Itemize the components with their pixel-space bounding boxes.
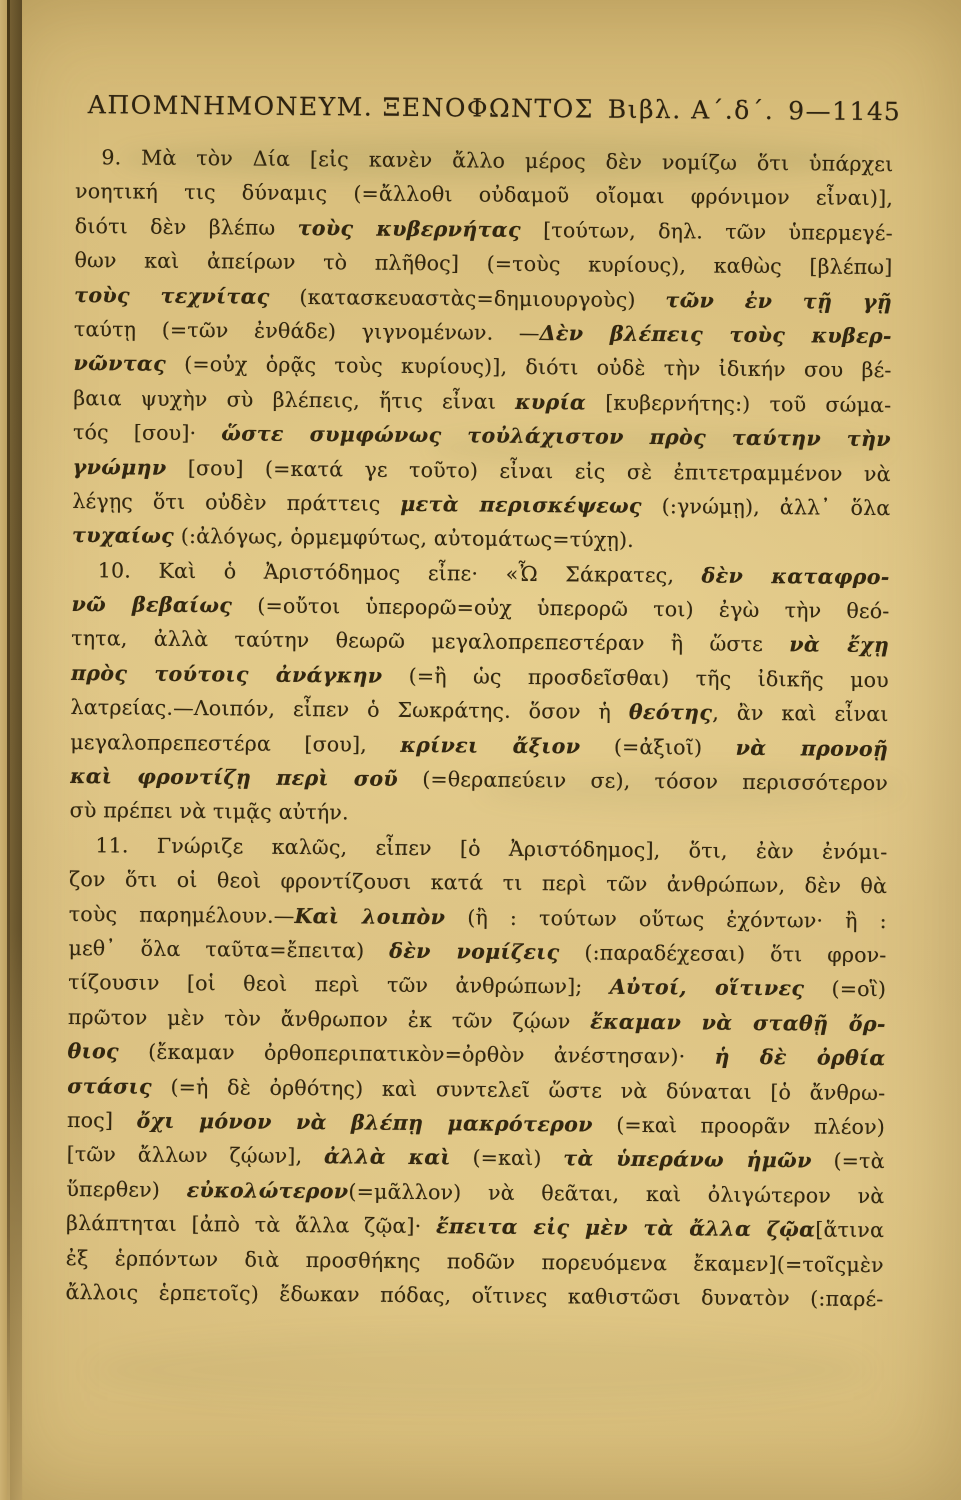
body-text: τητα, ἀλλὰ ταύτην θεωρῶ μεγαλοπρεπεστέρα…	[71, 626, 789, 656]
body-text: νοητική τις δύναμις (=ἄλλοθι οὐδαμοῦ οἴο…	[75, 179, 893, 210]
emphasized-text: γνώμην	[73, 455, 167, 480]
body-text: (:γνώμῃ), ἀλλ᾽ ὅλα	[642, 494, 891, 520]
emphasized-text: ὥστε συμφώνως τοὐλάχιστον πρὸς ταύτην τὴ…	[221, 421, 891, 451]
emphasized-text: καὶ φροντίζῃ περὶ σοῦ	[70, 764, 398, 791]
body-text: ζον ὅτι οἱ θεοὶ φροντίζουσι κατά τι περὶ…	[69, 867, 887, 898]
page-content: ΑΠΟΜΝΗΜΟΝΕΥΜ. ΞΕΝΟΦΩΝΤΟΣΒιβλ. Α΄.δ΄.9—11…	[65, 90, 896, 1316]
emphasized-text: τοὺς τεχνίτας	[74, 283, 270, 309]
emphasized-text: στάσις	[67, 1074, 152, 1099]
emphasized-text: τυχαίως	[72, 523, 174, 548]
body-text: [τῶν ἄλλων ζῴων],	[67, 1142, 325, 1168]
paragraph-10: 10. Καὶ ὁ Ἀριστόδημος εἶπε· «Ὦ Σάκρατες,…	[70, 553, 890, 835]
body-text: (=οὐχ ὁρᾷς τοὺς κυρίους)], διότι οὐδὲ τὴ…	[166, 352, 892, 382]
body-text: ὕπερθεν)	[66, 1177, 186, 1202]
body-text: τός [σου]·	[73, 420, 222, 445]
emphasized-text: ἀλλὰ καὶ	[324, 1145, 451, 1170]
header-title: ΑΠΟΜΝΗΜΟΝΕΥΜ. ΞΕΝΟΦΩΝΤΟΣ	[88, 90, 594, 123]
emphasized-text: κυρία	[515, 390, 586, 415]
header-book: Βιβλ. Α΄.δ΄.	[608, 95, 775, 125]
body-text: ταύτῃ (=τῶν ἐνθάδε) γιγνομένων. —	[74, 317, 540, 345]
page-number: 45	[867, 97, 901, 126]
body-text: θων καὶ ἀπείρων τὸ πλῆθος] (=τοὺς κυρίου…	[74, 248, 892, 279]
text-line: ἄλλοις ἑρπετοῖς) ἔδωκαν πόδας, οἵτινες κ…	[65, 1275, 883, 1317]
emphasized-text: Καὶ λοιπὸν	[294, 904, 445, 929]
body-text: (=καὶ προορᾶν πλέον)	[593, 1112, 885, 1139]
body-text: τοὺς παρημέλουν.—	[69, 902, 295, 928]
emphasized-text: τῶν ἐν τῇ γῇ	[665, 288, 892, 314]
header-section-range: 9—11	[788, 96, 867, 126]
emphasized-text: εὐκολώτερον	[187, 1178, 349, 1203]
text-block: 9. Μὰ τὸν Δία [εἰς κανὲν ἄλλο μέρος δὲν …	[65, 140, 893, 1316]
running-header: ΑΠΟΜΝΗΜΟΝΕΥΜ. ΞΕΝΟΦΩΝΤΟΣΒιβλ. Α΄.δ΄.9—11…	[76, 90, 888, 126]
emphasized-text: ἡ δὲ ὀρθία	[714, 1045, 885, 1070]
paragraph-11: 11. Γνώριζε καλῶς, εἶπεν [ὁ Ἀριστόδημος]…	[65, 828, 887, 1317]
body-text: (=μᾶλλον) νὰ θεᾶται, καὶ ὀλιγώτερον νὰ	[348, 1179, 884, 1208]
body-text: 9. Μὰ τὸν Δία [εἰς κανὲν ἄλλο μέρος δὲν …	[101, 145, 893, 176]
body-text: 11. Γνώριζε καλῶς, εἶπεν [ὁ Ἀριστόδημος]…	[95, 833, 887, 864]
emphasized-text: τὰ ὑπεράνω ἡμῶν	[563, 1147, 812, 1173]
emphasized-text: νὰ προνοῇ	[736, 735, 889, 760]
body-text: (=θεραπεύειν σε), τόσον περισσότερον	[398, 767, 888, 795]
body-text: (=οἳ)	[804, 977, 886, 1002]
body-text: τίζουσιν [οἱ θεοὶ περὶ τῶν ἀνθρώπων];	[68, 970, 610, 999]
body-text: [τούτων, δηλ. τῶν ὑπερμεγέ-	[521, 218, 893, 245]
emphasized-text: νὰ ἔχῃ	[789, 633, 889, 658]
emphasized-text: θιος	[68, 1039, 120, 1063]
emphasized-text: ἔπειτα εἰς μὲν τὰ ἄλλα ζῷα	[436, 1214, 815, 1241]
emphasized-text: τοὺς κυβερνήτας	[298, 216, 521, 242]
body-text: (=ἡ δὲ ὀρθότης) καὶ συντελεῖ ὥστε νὰ δύν…	[152, 1074, 886, 1104]
body-text: [κυβερνήτης:) τοῦ σώμα-	[586, 390, 891, 417]
emphasized-text: Αὐτοί, οἵτινες	[610, 975, 805, 1001]
emphasized-text: θεότης	[629, 700, 713, 725]
emphasized-text: ὄχι μόνον νὰ βλέπῃ μακρότερον	[136, 1109, 593, 1137]
body-text: (=τὰ	[812, 1149, 885, 1174]
body-text: (:παραδέχεσαι) ὅτι φρον-	[559, 940, 886, 967]
emphasized-text: μετὰ περισκέψεως	[400, 492, 642, 518]
body-text: (ἢ : τούτων οὕτως ἐχόντων· ἢ :	[445, 905, 887, 933]
body-text: σὺ πρέπει νὰ τιμᾷς αὐτήν.	[70, 798, 349, 824]
emphasized-text: δὲν νομίζεις	[389, 939, 560, 964]
body-text: μεθ᾽ ὅλα ταῦτα=ἔπειτα)	[68, 936, 389, 963]
body-text: μεγαλοπρεπεστέρα [σου],	[70, 730, 400, 757]
body-text: ἄλλοις ἑρπετοῖς) ἔδωκαν πόδας, οἵτινες κ…	[65, 1280, 883, 1311]
body-text: (ἔκαμαν ὀρθοπεριπατικὸν=ὀρθὸν ἀνέστησαν)…	[119, 1040, 715, 1069]
emphasized-text: δὲν καταφρο-	[702, 563, 890, 589]
emphasized-text: νῶντας	[74, 351, 167, 376]
body-text: βλάπτηται [ἀπὸ τὰ ἄλλα ζῷα]·	[66, 1211, 436, 1238]
body-text: ἐξ ἑρπόντων διὰ προσθήκης ποδῶν πορευόμε…	[66, 1245, 884, 1276]
emphasized-text: πρὸς τούτοις ἀνάγκην	[71, 661, 383, 688]
body-text: λέγῃς ὅτι οὐδὲν πράττεις	[72, 489, 400, 516]
body-text: (=ἢ ὡς προσδεῖσθαι) τῆς ἰδικῆς μου	[382, 664, 889, 692]
body-text: (=ἀξιοῖ)	[580, 734, 735, 759]
body-text: (=οὔτοι ὑπερορῶ=οὐχ ὑπερορῶ τοι) ἐγὼ τὴν…	[232, 593, 889, 623]
body-text: , ἂν καὶ εἶναι	[712, 701, 889, 727]
body-text: πρῶτον μὲν τὸν ἄνθρωπον ἐκ τῶν ζῴων	[68, 1005, 590, 1034]
body-text: (κατασκευαστὰς=δημιουργοὺς)	[270, 284, 666, 311]
paragraph-9: 9. Μὰ τὸν Δία [εἰς κανὲν ἄλλο μέρος δὲν …	[72, 140, 894, 560]
body-text: 10. Καὶ ὁ Ἀριστόδημος εἶπε· «Ὦ Σάκρατες,	[98, 558, 702, 587]
body-text: [σου] (=κατά γε τοῦτο) εἶναι εἰς σὲ ἐπιτ…	[166, 455, 890, 485]
body-text: [ἅτινα	[815, 1218, 884, 1243]
header-title-group: ΑΠΟΜΝΗΜΟΝΕΥΜ. ΞΕΝΟΦΩΝΤΟΣΒιβλ. Α΄.δ΄.9—11	[88, 90, 867, 126]
body-text: βαια ψυχὴν σὺ βλέπεις, ἥτις εἶναι	[73, 386, 515, 414]
emphasized-text: Δὲν βλέπεις τοὺς κυβερ-	[540, 321, 892, 348]
body-text: λατρείας.—Λοιπόν, εἶπεν ὁ Σωκράτης. ὅσον…	[71, 695, 629, 724]
body-text: (=καὶ)	[451, 1146, 564, 1171]
book-page: ΑΠΟΜΝΗΜΟΝΕΥΜ. ΞΕΝΟΦΩΝΤΟΣΒιβλ. Α΄.δ΄.9—11…	[0, 0, 961, 1500]
emphasized-text: κρίνει ἄξιον	[400, 732, 580, 758]
spine-crease-fade	[10, 0, 24, 1500]
body-text: διότι δὲν βλέπω	[75, 214, 298, 240]
body-text: (:ἀλόγως, ὁρμεμφύτως, αὐτομάτως=τύχῃ).	[174, 524, 634, 552]
emphasized-text: νῶ βεβαίως	[71, 592, 232, 617]
emphasized-text: ἔκαμαν νὰ σταθῇ ὄρ-	[590, 1009, 886, 1036]
page-edge	[0, 0, 7, 1500]
paper-stain	[90, 1335, 870, 1405]
body-text: πος]	[67, 1108, 137, 1133]
